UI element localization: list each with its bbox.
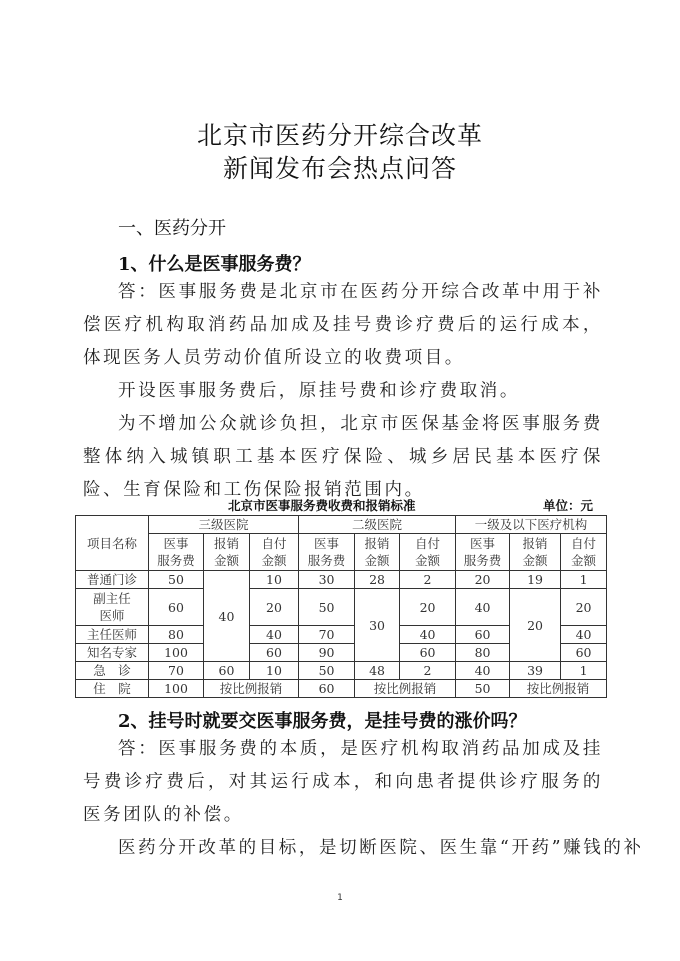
table-row: 副主任医师 60 20 50 30 20 40 20 20 (76, 589, 607, 626)
table-row: 急 诊 70 60 10 50 48 2 40 39 1 (76, 662, 607, 680)
table-unit: 单位：元 (543, 496, 593, 514)
section-heading: 一、医药分开 (118, 214, 226, 240)
header-group-tier2: 二级医院 (299, 516, 456, 534)
table-header-row-sub: 医事服务费 报销金额 自付金额 医事服务费 报销金额 自付金额 医事服务费 报销… (76, 534, 607, 571)
table-row: 住 院 100 按比例报销 60 按比例报销 50 按比例报销 (76, 680, 607, 698)
header-fee: 医事服务费 (299, 534, 355, 571)
table-header-row-groups: 项目名称 三级医院 二级医院 一级及以下医疗机构 (76, 516, 607, 534)
header-self: 自付金额 (561, 534, 607, 571)
document-title-line2: 新闻发布会热点问答 (0, 149, 680, 185)
page-number: 1 (0, 893, 680, 903)
table-caption: 北京市医事服务费收费和报销标准 (228, 496, 416, 514)
header-reimb: 报销金额 (204, 534, 250, 571)
header-fee: 医事服务费 (149, 534, 204, 571)
header-reimb: 报销金额 (355, 534, 400, 571)
answer-1-paragraph-1: 答：医事服务费是北京市在医药分开综合改革中用于补偿医疗机构取消药品加成及挂号费诊… (83, 276, 603, 375)
answer-2-paragraph-1: 答：医事服务费的本质，是医疗机构取消药品加成及挂号费诊疗费后，对其运行成本，和向… (83, 733, 603, 832)
document-title-line1: 北京市医药分开综合改革 (0, 116, 680, 152)
table-row: 普通门诊 50 40 10 30 28 2 20 19 1 (76, 571, 607, 589)
answer-1-paragraph-2: 开设医事服务费后，原挂号费和诊疗费取消。 (83, 375, 603, 408)
header-self: 自付金额 (400, 534, 456, 571)
merged-reimb-tier3: 40 (204, 571, 250, 662)
question-2: 2、挂号时就要交医事服务费，是挂号费的涨价吗？ (118, 707, 527, 733)
header-fee: 医事服务费 (456, 534, 510, 571)
merged-reimb-tier1: 20 (510, 589, 561, 662)
header-group-tier3: 三级医院 (149, 516, 299, 534)
header-reimb: 报销金额 (510, 534, 561, 571)
fee-table: 项目名称 三级医院 二级医院 一级及以下医疗机构 医事服务费 报销金额 自付金额… (75, 515, 607, 698)
answer-2-paragraph-2: 医药分开改革的目标，是切断医院、医生靠“开药”赚钱的补 (83, 832, 644, 865)
answer-1-paragraph-3: 为不增加公众就诊负担，北京市医保基金将医事服务费整体纳入城镇职工基本医疗保险、城… (83, 408, 603, 507)
header-group-tier1: 一级及以下医疗机构 (456, 516, 607, 534)
question-1: 1、什么是医事服务费？ (118, 250, 311, 276)
header-item-name: 项目名称 (76, 516, 149, 571)
header-self: 自付金额 (250, 534, 299, 571)
merged-reimb-tier2: 30 (355, 589, 400, 662)
